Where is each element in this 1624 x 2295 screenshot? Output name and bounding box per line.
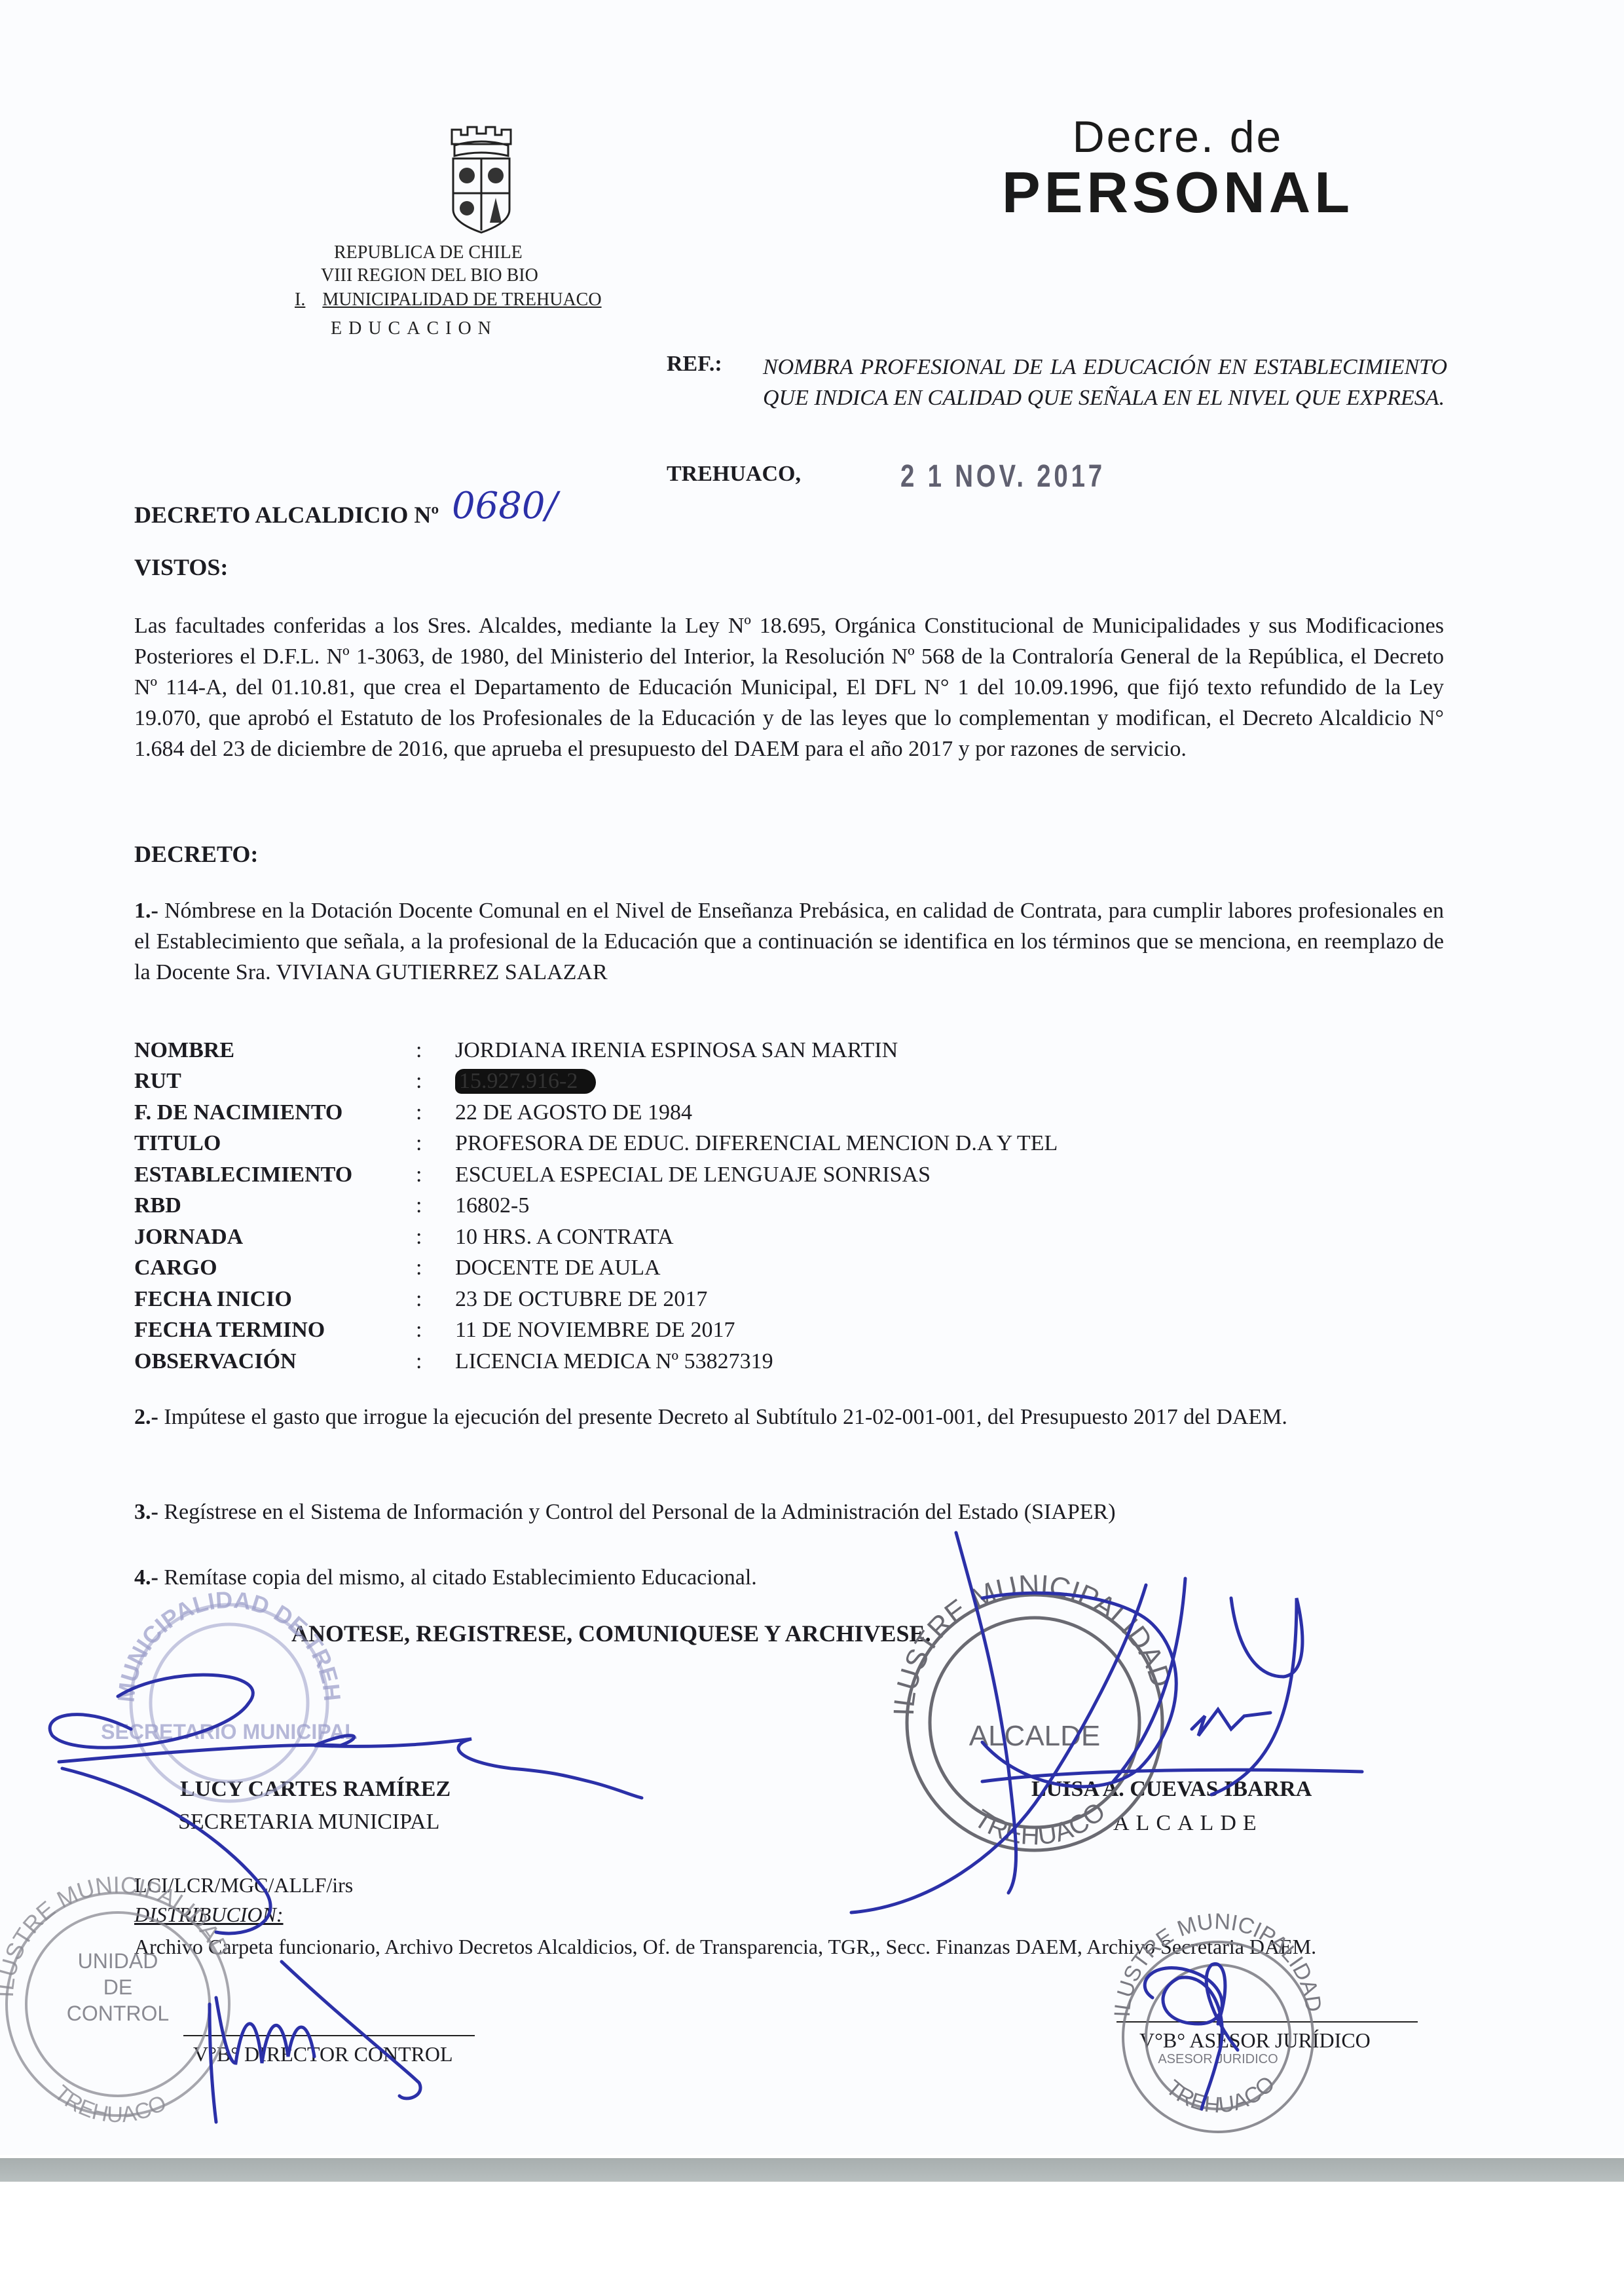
- detail-value: 22 DE AGOSTO DE 1984: [455, 1100, 692, 1125]
- article-1: 1.- Nómbrese en la Dotación Docente Comu…: [134, 895, 1444, 988]
- detail-separator: :: [416, 1256, 455, 1280]
- article-3: 3.- Regístrese en el Sistema de Informac…: [134, 1497, 1444, 1527]
- detail-label: OBSERVACIÓN: [134, 1349, 416, 1374]
- detail-separator: :: [416, 1287, 455, 1312]
- article-text: Nómbrese en la Dotación Docente Comunal …: [134, 899, 1444, 984]
- vistos-heading: VISTOS:: [134, 553, 228, 581]
- detail-row: NOMBRE:JORDIANA IRENIA ESPINOSA SAN MART…: [134, 1035, 1058, 1066]
- header-republic: REPUBLICA DE CHILE: [334, 242, 523, 263]
- detail-separator: :: [416, 1038, 455, 1063]
- detail-value: DOCENTE DE AULA: [455, 1256, 661, 1280]
- detail-row: FECHA INICIO: 23 DE OCTUBRE DE 2017: [134, 1284, 1058, 1315]
- article-number: 2.-: [134, 1405, 158, 1429]
- article-text: Remítase copia del mismo, al citado Esta…: [158, 1565, 757, 1590]
- detail-value: 23 DE OCTUBRE DE 2017: [455, 1287, 707, 1312]
- distribution-heading: DISTRIBUCION:: [134, 1903, 284, 1927]
- detail-row: RUT:15.927.916-2: [134, 1066, 1058, 1098]
- header-municipality: I.MUNICIPALIDAD DE TREHUACO: [295, 289, 602, 310]
- detail-separator: :: [416, 1193, 455, 1218]
- municipality-prefix: I.: [295, 289, 305, 310]
- detail-label: TITULO: [134, 1131, 416, 1156]
- mayor-name: LUISA A. CUEVAS IBARRA: [1031, 1777, 1312, 1802]
- article-text: Regístrese en el Sistema de Información …: [158, 1500, 1116, 1524]
- svg-text:TREHUACO: TREHUACO: [50, 2081, 171, 2128]
- document-type-stamp: Decre. de PERSONAL: [1002, 111, 1354, 223]
- vistos-body: Las facultades conferidas a los Sres. Al…: [134, 610, 1444, 764]
- svg-text:DE: DE: [103, 1975, 132, 1999]
- document-page: REPUBLICA DE CHILE VIII REGION DEL BIO B…: [0, 0, 1624, 2155]
- detail-separator: :: [416, 1069, 455, 1094]
- scanner-edge: [0, 2158, 1624, 2182]
- detail-row: F. DE NACIMIENTO:22 DE AGOSTO DE 1984: [134, 1097, 1058, 1129]
- detail-row: JORNADA:10 HRS. A CONTRATA: [134, 1222, 1058, 1253]
- detail-value: 16802-5: [455, 1193, 529, 1218]
- detail-row: FECHA TERMINO:11 DE NOVIEMBRE DE 2017: [134, 1315, 1058, 1347]
- detail-row: TITULO:PROFESORA DE EDUC. DIFERENCIAL ME…: [134, 1129, 1058, 1160]
- secretary-name: LUCY CARTES RAMÍREZ: [180, 1777, 451, 1802]
- decreto-heading: DECRETO:: [134, 840, 258, 868]
- appointee-details: NOMBRE:JORDIANA IRENIA ESPINOSA SAN MART…: [134, 1035, 1058, 1377]
- stamp-line-1: Decre. de: [1002, 111, 1354, 162]
- detail-value: LICENCIA MEDICA Nº 53827319: [455, 1349, 773, 1374]
- detail-separator: :: [416, 1131, 455, 1156]
- decree-number-label: DECRETO ALCALDICIO Nº: [134, 501, 439, 529]
- mayor-role: ALCALDE: [1113, 1811, 1263, 1836]
- article-4: 4.- Remítase copia del mismo, al citado …: [134, 1562, 1444, 1593]
- detail-row: RBD:16802-5: [134, 1191, 1058, 1222]
- distribution-body: Archivo Carpeta funcionario, Archivo Dec…: [134, 1932, 1444, 1962]
- detail-row: CARGO:DOCENTE DE AULA: [134, 1253, 1058, 1284]
- place: TREHUACO,: [667, 462, 801, 487]
- detail-value: PROFESORA DE EDUC. DIFERENCIAL MENCION D…: [455, 1131, 1058, 1156]
- secretary-role: SECRETARIA MUNICIPAL: [178, 1810, 439, 1835]
- detail-separator: :: [416, 1349, 455, 1374]
- detail-label: FECHA TERMINO: [134, 1318, 416, 1343]
- svg-text:ASESOR JURIDICO: ASESOR JURIDICO: [1158, 2052, 1278, 2066]
- detail-label: ESTABLECIMIENTO: [134, 1163, 416, 1187]
- header-region: VIII REGION DEL BIO BIO: [321, 265, 538, 286]
- closing-formula: ANOTESE, REGISTRESE, COMUNIQUESE Y ARCHI…: [291, 1620, 931, 1647]
- article-number: 1.-: [134, 899, 158, 923]
- detail-label: JORNADA: [134, 1225, 416, 1250]
- article-2: 2.- Impútese el gasto que irrogue la eje…: [134, 1402, 1444, 1432]
- initials: LCI/LCR/MGC/ALLF/irs: [134, 1873, 353, 1897]
- detail-separator: :: [416, 1100, 455, 1125]
- date-stamp: 2 1 NOV. 2017: [900, 458, 1105, 494]
- detail-label: NOMBRE: [134, 1038, 416, 1063]
- ref-label: REF.:: [667, 352, 722, 377]
- municipal-coat-of-arms-icon: [445, 118, 517, 236]
- detail-label: FECHA INICIO: [134, 1287, 416, 1312]
- municipality-name: MUNICIPALIDAD DE TREHUACO: [322, 289, 601, 310]
- article-number: 4.-: [134, 1565, 158, 1590]
- svg-text:SECRETARIO MUNICIPAL: SECRETARIO MUNICIPAL: [101, 1720, 358, 1744]
- detail-value: ESCUELA ESPECIAL DE LENGUAJE SONRISAS: [455, 1163, 931, 1187]
- detail-label: F. DE NACIMIENTO: [134, 1100, 416, 1125]
- detail-label: RUT: [134, 1069, 416, 1094]
- detail-row: OBSERVACIÓN:LICENCIA MEDICA Nº 53827319: [134, 1346, 1058, 1377]
- detail-value: 10 HRS. A CONTRATA: [455, 1225, 674, 1250]
- svg-text:ILUSTRE MUNICIPALIDAD: ILUSTRE MUNICIPALIDAD: [1110, 1909, 1326, 2018]
- detail-value: 11 DE NOVIEMBRE DE 2017: [455, 1318, 735, 1343]
- detail-label: RBD: [134, 1193, 416, 1218]
- detail-row: ESTABLECIMIENTO:ESCUELA ESPECIAL DE LENG…: [134, 1159, 1058, 1191]
- article-text: Impútese el gasto que irrogue la ejecuci…: [158, 1405, 1287, 1429]
- decree-number-handwritten: 0680/: [452, 485, 557, 527]
- detail-separator: :: [416, 1163, 455, 1187]
- detail-separator: :: [416, 1318, 455, 1343]
- svg-text:TREHUACO: TREHUACO: [1161, 2071, 1280, 2118]
- control-signature-line: [183, 2035, 475, 2036]
- ref-text: NOMBRA PROFESIONAL DE LA EDUCACIÓN EN ES…: [763, 352, 1447, 413]
- detail-separator: :: [416, 1225, 455, 1250]
- svg-text:CONTROL: CONTROL: [67, 2002, 169, 2025]
- article-number: 3.-: [134, 1500, 158, 1524]
- legal-signature-line: [1116, 2021, 1418, 2023]
- vb-director-control: V°B° DIRECTOR CONTROL: [193, 2042, 453, 2066]
- detail-value: JORDIANA IRENIA ESPINOSA SAN MARTIN: [455, 1038, 898, 1063]
- detail-label: CARGO: [134, 1256, 416, 1280]
- header-department: EDUCACION: [331, 318, 498, 339]
- detail-value-redacted: 15.927.916-2: [455, 1069, 596, 1094]
- vb-asesor-juridico: V°B° ASESOR JURÍDICO: [1139, 2028, 1371, 2053]
- svg-text:TREHUACO: TREHUACO: [969, 1797, 1111, 1851]
- stamp-line-2: PERSONAL: [1002, 162, 1354, 223]
- svg-text:ALCALDE: ALCALDE: [969, 1720, 1101, 1752]
